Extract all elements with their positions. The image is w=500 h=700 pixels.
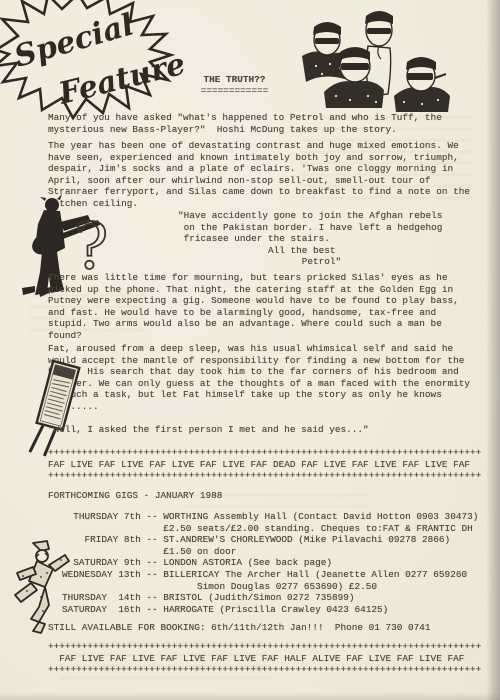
- plus-row: ++++++++++++++++++++++++++++++++++++++++…: [48, 470, 481, 482]
- paragraph-intro: Many of you have asked "what's happened …: [48, 112, 442, 135]
- faf-live-text: FAF LIVE FAF LIVE FAF LIVE FAF LIVE FAF …: [48, 459, 470, 471]
- paragraph-mourning: There was little time for mourning, but …: [48, 272, 459, 342]
- page-edge-shadow: [486, 0, 500, 700]
- petrol-note-quote: "Have accidently gone to join the Afghan…: [178, 210, 442, 268]
- gigs-header: FORTHCOMING GIGS - JANUARY 1988: [48, 490, 222, 502]
- booking-note: STILL AVAILABLE FOR BOOKING: 6th/11th/12…: [48, 622, 431, 634]
- plus-row: ++++++++++++++++++++++++++++++++++++++++…: [48, 664, 481, 676]
- band-member-front-right: [394, 57, 450, 112]
- gigs-listing: THURSDAY 7th -- WORTHING Assembly Hall (…: [62, 511, 478, 615]
- page-title: THE TRUTH??: [152, 74, 317, 86]
- plus-row: ++++++++++++++++++++++++++++++++++++++++…: [48, 641, 481, 653]
- faf-live-text: FAF LIVE FAF LIVE FAF LIVE FAF LIVE FAF …: [48, 653, 464, 665]
- paragraph-fat: Fat, aroused from a deep sleep, was his …: [48, 343, 470, 413]
- page-bottom-shadow: [0, 692, 500, 700]
- fanzine-page: Special Feature: [0, 0, 500, 700]
- paragraph-well: "Well, I asked the first person I met an…: [48, 424, 369, 436]
- dancing-figure-doodle: [3, 541, 77, 635]
- special-feature-starburst: Special Feature: [0, 0, 200, 127]
- plus-row: ++++++++++++++++++++++++++++++++++++++++…: [48, 447, 481, 459]
- page-title-underline: ============: [152, 85, 317, 97]
